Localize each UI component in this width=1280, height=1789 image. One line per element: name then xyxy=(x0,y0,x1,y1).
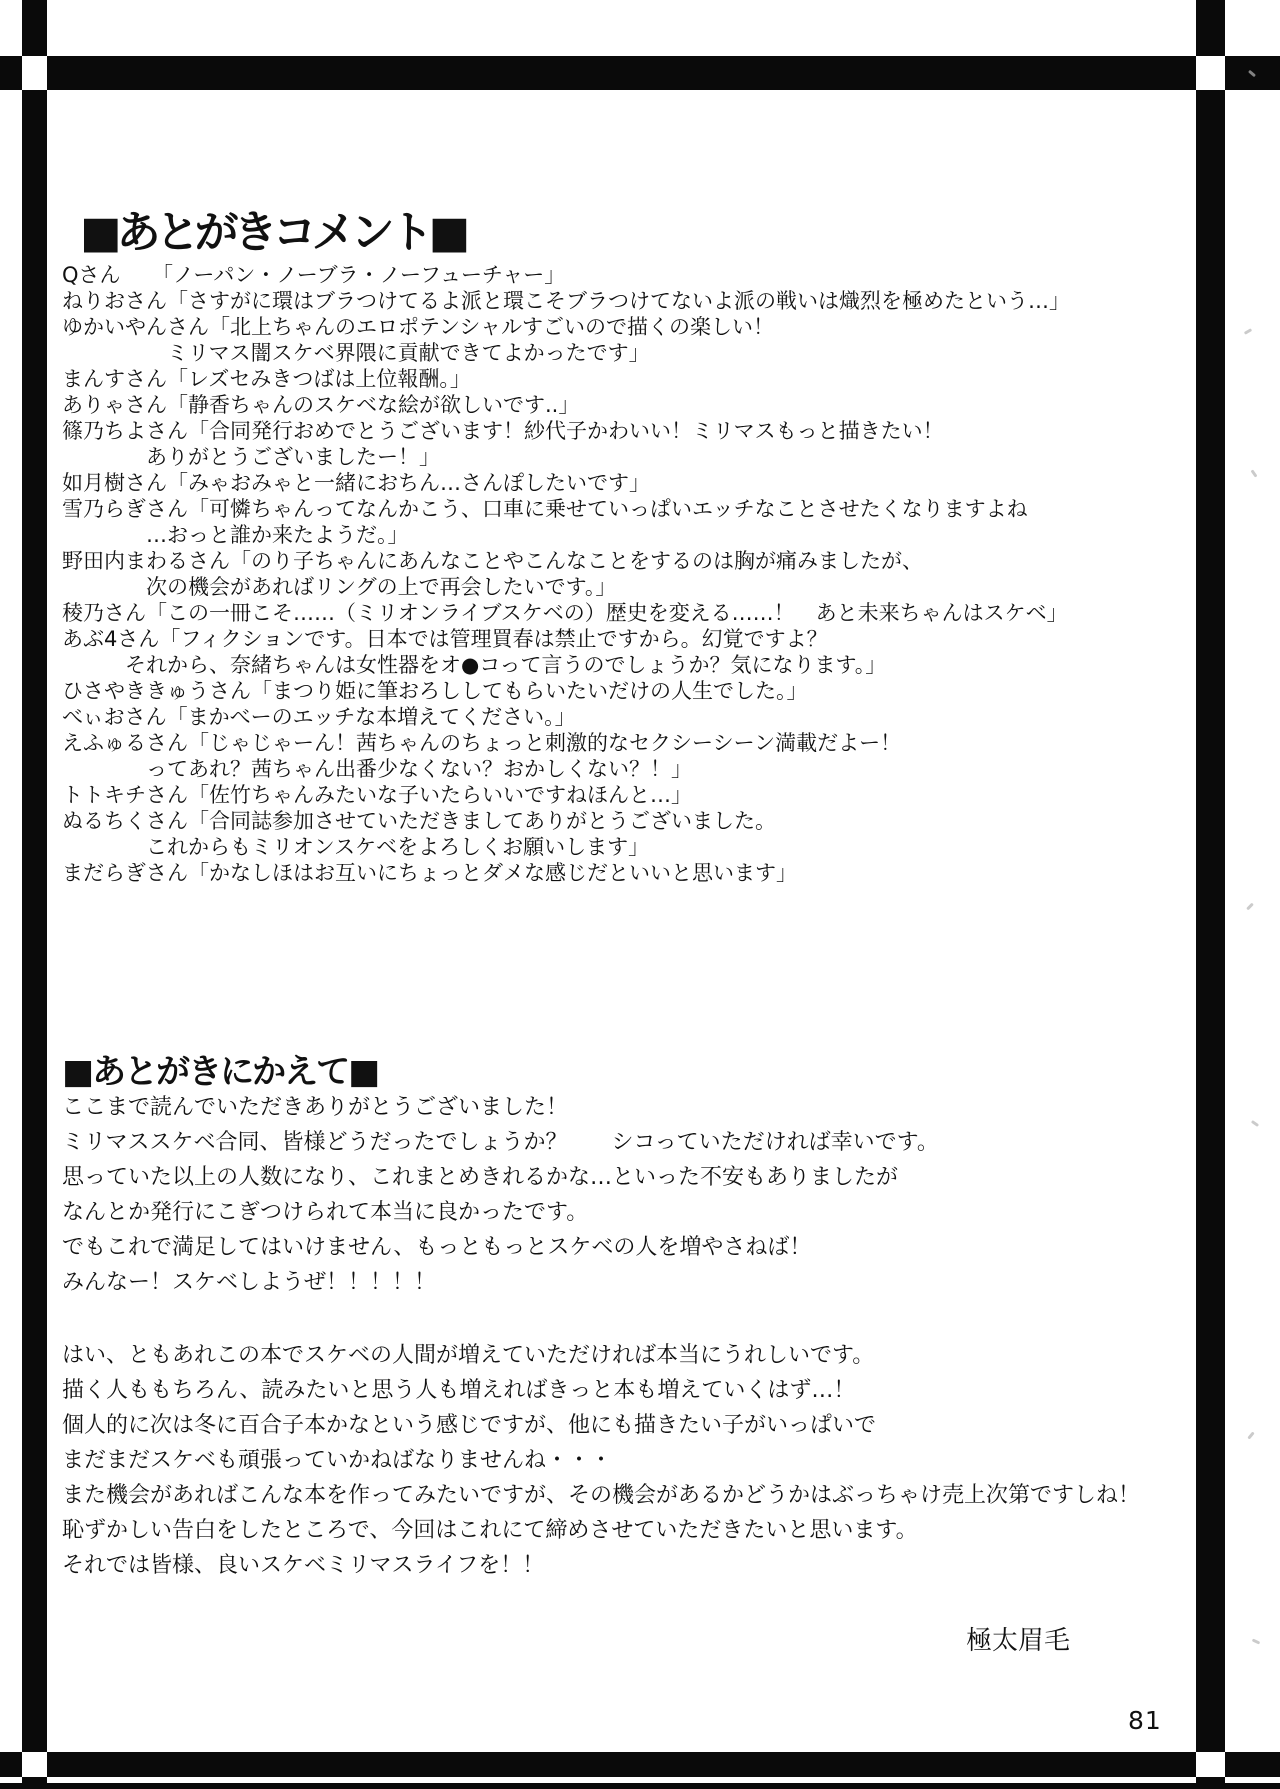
text-line: みんなー！スケベしようぜ！！！！！ xyxy=(62,1265,1202,1300)
comments-list: Qさん 「ノーパン・ノーブラ・ノーフューチャー」ねりおさん「さすがに環はブラつけ… xyxy=(62,262,1192,886)
afterword-paragraph-1: ここまで読んでいただきありがとうございました！ミリマススケベ合同、皆様どうだった… xyxy=(62,1090,1202,1300)
text-line: ありがとうございましたー！」 xyxy=(62,444,1192,470)
text-line: 稜乃さん「この一冊こそ……（ミリオンライブスケベの）歴史を変える……！ あと未来… xyxy=(62,600,1192,626)
text-line: えふゅるさん「じゃじゃーん！茜ちゃんのちょっと刺激的なセクシーシーン満載だよー！ xyxy=(62,730,1192,756)
border-checker-top-right xyxy=(1196,56,1225,90)
text-line: ゆかいやんさん「北上ちゃんのエロポテンシャルすごいので描くの楽しい！ xyxy=(62,314,1192,340)
afterword-paragraph-2: はい、ともあれこの本でスケベの人間が増えていただければ本当にうれしいです。描く人… xyxy=(62,1338,1202,1583)
text-line: ここまで読んでいただきありがとうございました！ xyxy=(62,1090,1202,1125)
text-line: ってあれ？茜ちゃん出番少なくない？おかしくない？！」 xyxy=(62,756,1192,782)
border-checker-bottom-right xyxy=(1196,1752,1225,1777)
text-line: それでは皆様、良いスケベミリマスライフを！！ xyxy=(62,1548,1202,1583)
comments-section-heading: ■あとがきコメント■ xyxy=(80,196,465,260)
text-line: これからもミリオンスケベをよろしくお願いします」 xyxy=(62,834,1192,860)
text-line: ひさやききゅうさん「まつり姫に筆おろししてもらいたいだけの人生でした。」 xyxy=(62,678,1192,704)
scan-artifact xyxy=(1252,1638,1261,1644)
border-band-bottom xyxy=(0,1752,1280,1777)
text-line: まだらぎさん「かなしほはお互いにちょっとダメな感じだといいと思います」 xyxy=(62,860,1192,886)
text-line: 個人的に次は冬に百合子本かなという感じですが、他にも描きたい子がいっぱいで xyxy=(62,1408,1202,1443)
border-checker-bottom-left xyxy=(22,1752,47,1777)
scan-artifact xyxy=(1246,903,1254,911)
text-line: ミリマス闇スケベ界隈に貢献できてよかったです」 xyxy=(62,340,1192,366)
border-bar-left xyxy=(22,0,47,1789)
text-line: …おっと誰か来たようだ。」 xyxy=(62,522,1192,548)
text-line: まんすさん「レズセみきつばは上位報酬。」 xyxy=(62,366,1192,392)
text-line: でもこれで満足してはいけません、もっともっとスケベの人を増やさねば！ xyxy=(62,1230,1202,1265)
text-line: また機会があればこんな本を作ってみたいですが、その機会があるかどうかはぶっちゃけ… xyxy=(62,1478,1202,1513)
text-line: ありゃさん「静香ちゃんのスケベな絵が欲しいです..」 xyxy=(62,392,1192,418)
text-line: なんとか発行にこぎつけられて本当に良かったです。 xyxy=(62,1195,1202,1230)
scan-artifact xyxy=(1250,469,1257,477)
text-line: それから、奈緒ちゃんは女性器をオ●コって言うのでしょうか？気になります。」 xyxy=(62,652,1192,678)
text-line: 思っていた以上の人数になり、これまとめきれるかな…といった不安もありましたが xyxy=(62,1160,1202,1195)
text-line: はい、ともあれこの本でスケベの人間が増えていただければ本当にうれしいです。 xyxy=(62,1338,1202,1373)
text-line: ミリマススケベ合同、皆様どうだったでしょうか？ シコっていただければ幸いです。 xyxy=(62,1125,1202,1160)
text-line: 如月樹さん「みゃおみゃと一緒におちん…さんぽしたいです」 xyxy=(62,470,1192,496)
text-line: ねりおさん「さすがに環はブラつけてるよ派と環こそブラつけてないよ派の戦いは熾烈を… xyxy=(62,288,1192,314)
text-line: ぬるちくさん「合同誌参加させていただきましてありがとうございました。 xyxy=(62,808,1192,834)
text-line: 描く人ももちろん、読みたいと思う人も増えればきっと本も増えていくはず…！ xyxy=(62,1373,1202,1408)
text-line: Qさん 「ノーパン・ノーブラ・ノーフューチャー」 xyxy=(62,262,1192,288)
text-line: トトキチさん「佐竹ちゃんみたいな子いたらいいですねほんと…」 xyxy=(62,782,1192,808)
scanned-afterword-page: ■あとがきコメント■ Qさん 「ノーパン・ノーブラ・ノーフューチャー」ねりおさん… xyxy=(0,0,1280,1789)
text-line: べぃおさん「まかべーのエッチな本増えてください。」 xyxy=(62,704,1192,730)
text-line: 恥ずかしい告白をしたところで、今回はこれにて締めさせていただきたいと思います。 xyxy=(62,1513,1202,1548)
border-checker-top-left xyxy=(22,56,47,90)
afterword-section-heading: ■あとがきにかえて■ xyxy=(62,1044,378,1093)
text-line: 次の機会があればリングの上で再会したいです。」 xyxy=(62,574,1192,600)
author-signature: 極太眉毛 xyxy=(966,1620,1070,1657)
page-number: 81 xyxy=(1128,1706,1162,1735)
border-edge-bottom xyxy=(0,1783,1280,1789)
text-line: 篠乃ちよさん「合同発行おめでとうございます！紗代子かわいい！ミリマスもっと描きた… xyxy=(62,418,1192,444)
scan-artifact xyxy=(1247,1431,1254,1439)
scan-artifact xyxy=(1244,328,1252,335)
text-line: まだまだスケベも頑張っていかねばなりませんね・・・ xyxy=(62,1443,1202,1478)
text-line: あぶ4さん「フィクションです。日本では管理買春は禁止ですから。幻覚ですよ？ xyxy=(62,626,1192,652)
text-line: 雪乃らぎさん「可憐ちゃんってなんかこう、口車に乗せていっぱいエッチなことさせたく… xyxy=(62,496,1192,522)
scan-artifact xyxy=(1251,1120,1259,1127)
text-line: 野田内まわるさん「のり子ちゃんにあんなことやこんなことをするのは胸が痛みましたが… xyxy=(62,548,1192,574)
border-band-top xyxy=(0,56,1280,90)
